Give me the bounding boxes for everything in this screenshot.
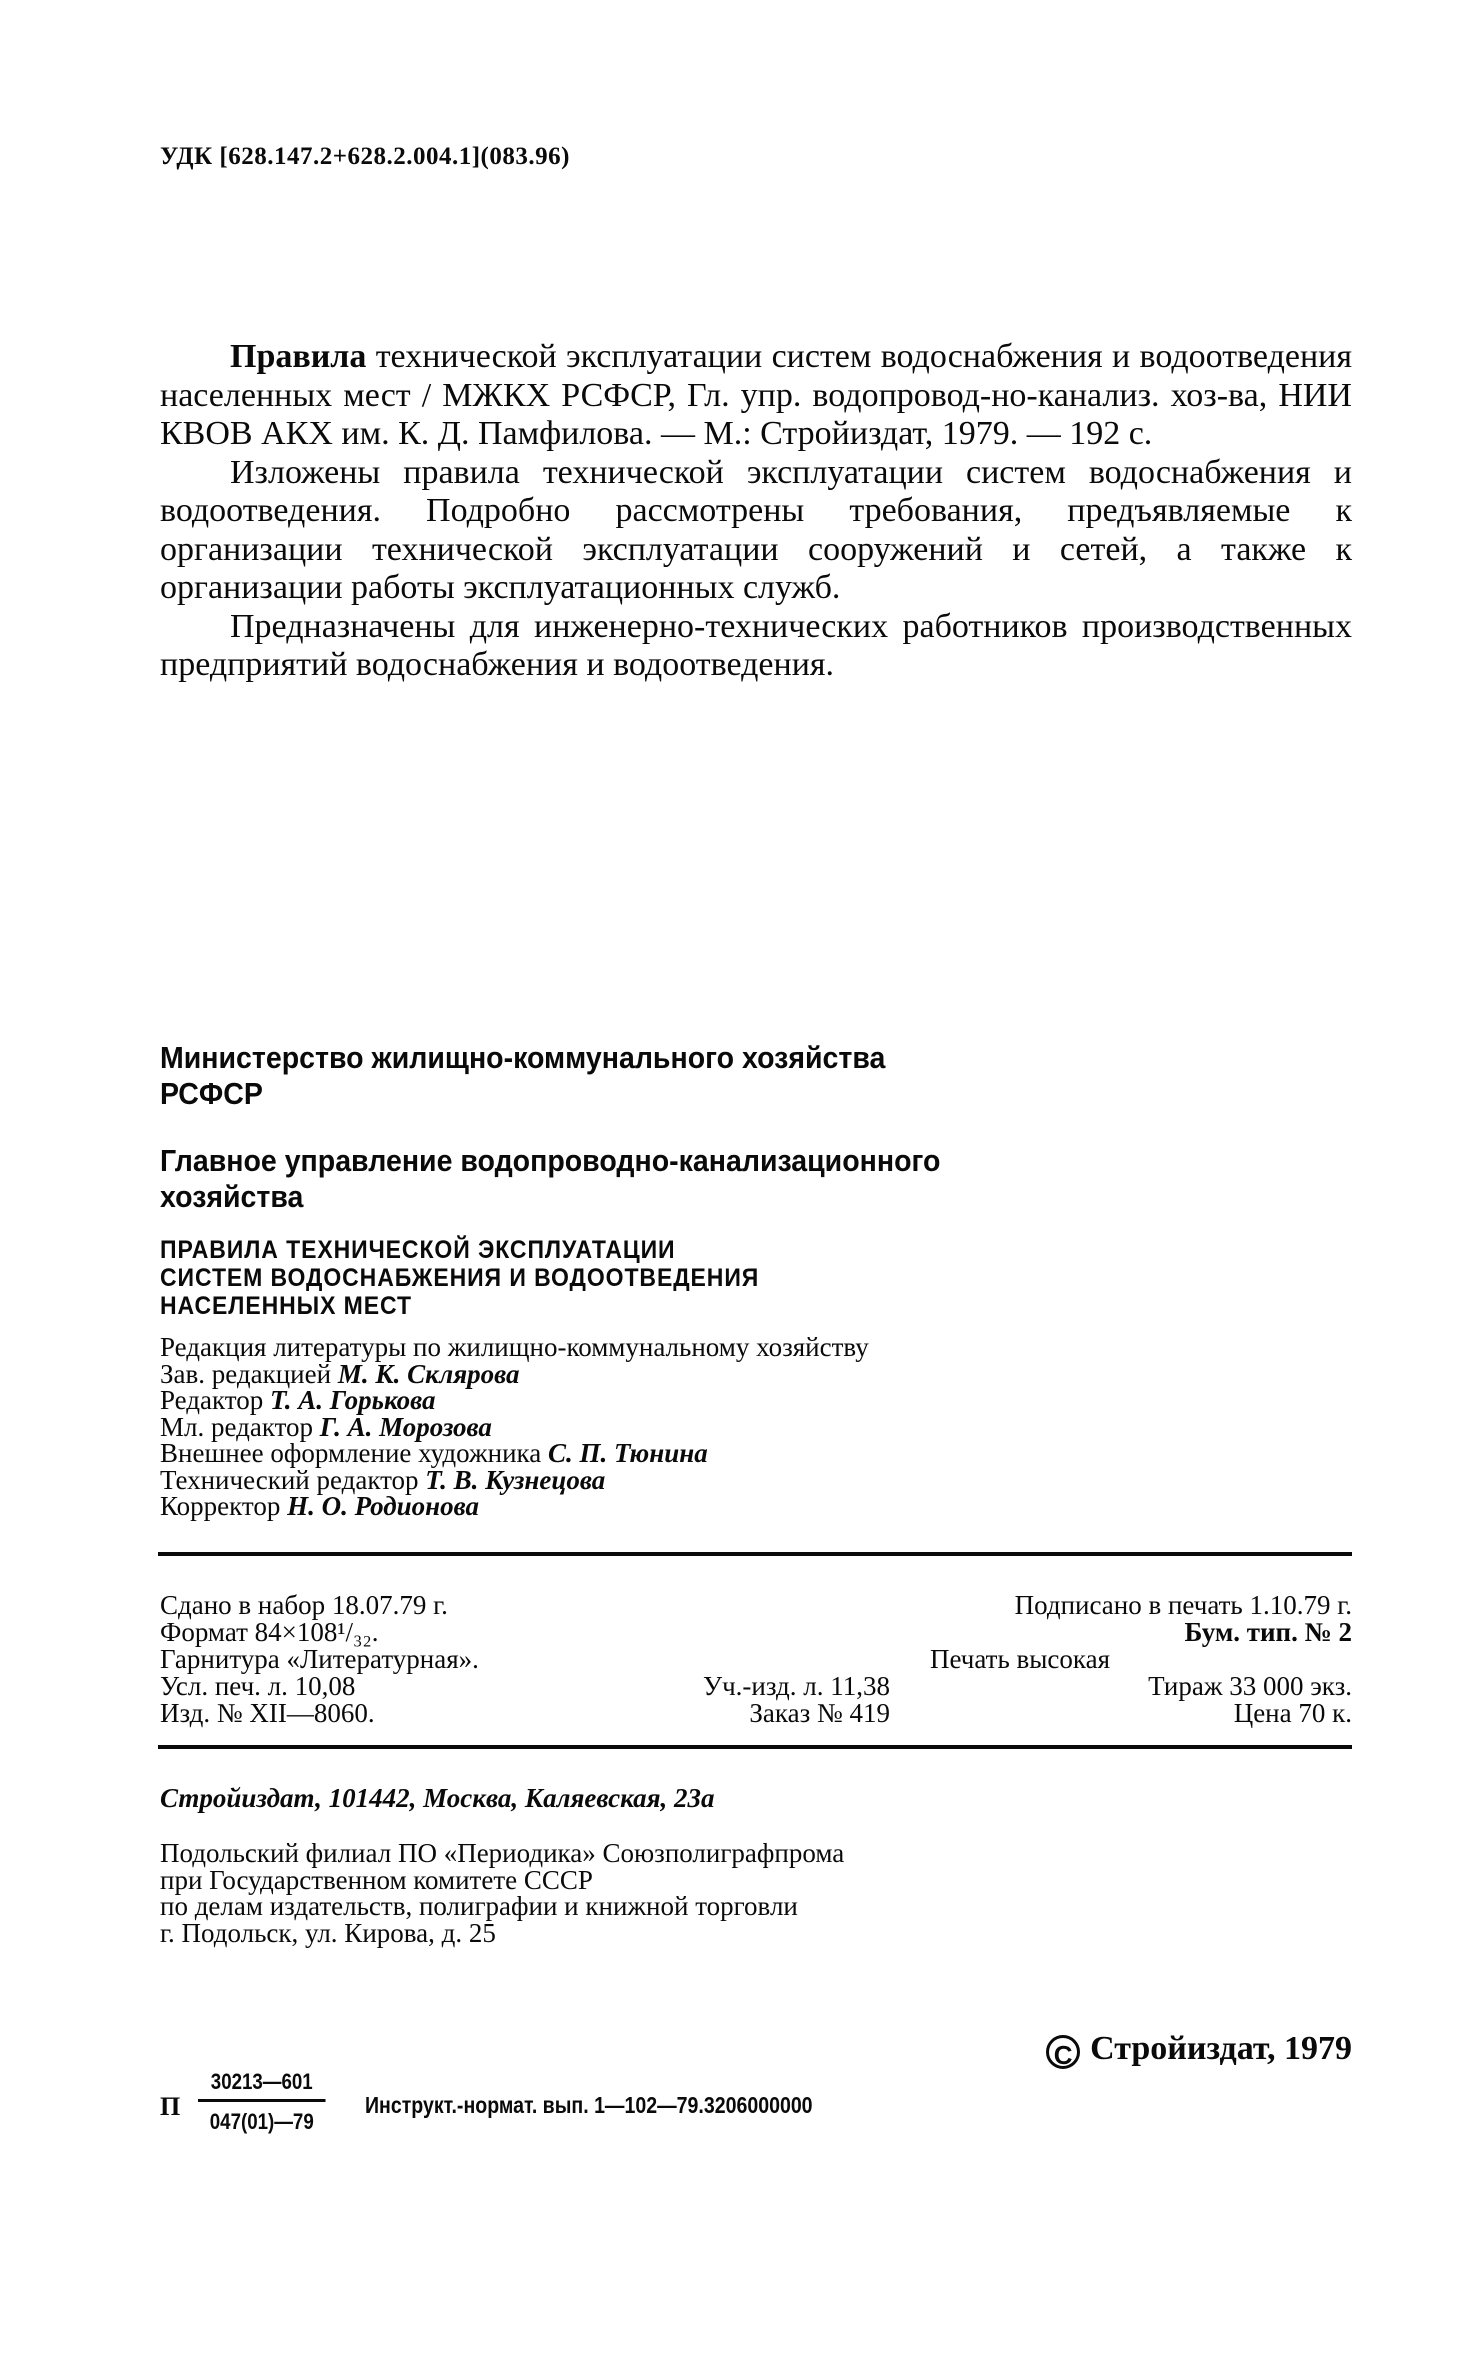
index-series: Инструкт.-нормат. вып. 1—102—79.32060000… (365, 2092, 813, 2119)
imprint-line: Сдано в набор 18.07.79 г. Подписано в пе… (160, 1592, 1352, 1619)
imprint-data: Сдано в набор 18.07.79 г. Подписано в пе… (160, 1592, 1352, 1727)
index-letter: П (160, 2092, 180, 2122)
ministry-line-2: РСФСР (160, 1076, 1080, 1112)
printer-line-3: по делам издательств, полиграфии и книжн… (160, 1893, 1160, 1920)
credit-name: Г. А. Морозова (320, 1412, 492, 1442)
price: Цена 70 к. (1234, 1700, 1352, 1727)
credit-name: Н. О. Родионова (287, 1491, 479, 1521)
department-heading: Главное управление водопроводно-канализа… (160, 1143, 1080, 1215)
credit-role: Технический редактор (160, 1465, 425, 1495)
udc-code: УДК [628.147.2+628.2.004.1](083.96) (160, 143, 570, 171)
credit-name: Т. В. Кузнецова (425, 1465, 605, 1495)
credit-row: Мл. редактор Г. А. Морозова (160, 1414, 1160, 1441)
index-denominator: 047(01)—79 (198, 2108, 326, 2136)
credit-row: Редактор Т. А. Горькова (160, 1387, 1160, 1414)
department-line-1: Главное управление водопроводно-канализа… (160, 1143, 1080, 1179)
copyright-notice: CСтройиздат, 1979 (1046, 2030, 1352, 2069)
credit-name: Т. А. Горькова (270, 1385, 436, 1415)
annotation-block: Правила технической эксплуатации систем … (160, 338, 1352, 685)
imprint-line: Изд. № XII—8060. Заказ № 419 Цена 70 к. (160, 1700, 1352, 1727)
index-fraction: 30213—601 047(01)—79 (198, 2068, 326, 2136)
book-title-line-1: Правила технической эксплуатации (160, 1236, 1080, 1264)
divider-rule-bottom (158, 1745, 1352, 1749)
ministry-heading: Министерство жилищно-коммунального хозяй… (160, 1040, 1080, 1112)
annotation-audience: Предназначены для инженерно-технических … (160, 608, 1352, 685)
printed-sheets: Усл. печ. л. 10,08 (160, 1673, 355, 1700)
credit-role: Редактор (160, 1385, 270, 1415)
divider-rule-top (158, 1552, 1352, 1556)
paper-type: Бум. тип. № 2 (1185, 1619, 1352, 1646)
imprint-line: Усл. печ. л. 10,08 Уч.-изд. л. 11,38 Тир… (160, 1673, 1352, 1700)
printer-line-1: Подольский филиал ПО «Периодика» Союзпол… (160, 1840, 1160, 1867)
edition-office: Редакция литературы по жилищно-коммуналь… (160, 1334, 1160, 1361)
credit-row: Технический редактор Т. В. Кузнецова (160, 1467, 1160, 1494)
annotation-summary: Изложены правила технической эксплуатаци… (160, 454, 1352, 608)
signed-date: Подписано в печать 1.10.79 г. (1015, 1592, 1352, 1619)
book-title-line-3: населенных мест (160, 1292, 1080, 1320)
credit-row: Зав. редакцией М. К. Склярова (160, 1361, 1160, 1388)
credit-role: Корректор (160, 1491, 287, 1521)
imprint-line: Формат 84×108¹/₃₂. Бум. тип. № 2 (160, 1619, 1352, 1646)
order-number: Заказ № 419 (749, 1700, 890, 1727)
copyright-icon: C (1046, 2035, 1080, 2069)
copyright-text: Стройиздат, 1979 (1090, 2030, 1352, 2067)
credit-name: С. П. Тюнина (548, 1438, 708, 1468)
imprint-line: Гарнитура «Литературная». Печать высокая (160, 1646, 1352, 1673)
credit-row: Внешнее оформление художника С. П. Тюнин… (160, 1440, 1160, 1467)
printer-line-2: при Государственном комитете СССР (160, 1867, 1160, 1894)
publisher-sheets: Уч.-изд. л. 11,38 (703, 1673, 890, 1700)
book-title: Правила технической эксплуатации систем … (160, 1236, 1080, 1320)
printing-method: Печать высокая (930, 1646, 1110, 1673)
credit-role: Внешнее оформление художника (160, 1438, 548, 1468)
submitted-date: Сдано в набор 18.07.79 г. (160, 1592, 448, 1619)
credit-row: Корректор Н. О. Родионова (160, 1493, 1160, 1520)
bibliographic-title-start: Правила (230, 338, 366, 375)
publisher-address: Стройиздат, 101442, Москва, Каляевская, … (160, 1783, 715, 1814)
fraction-bar (198, 2099, 326, 2102)
credit-role: Зав. редакцией (160, 1359, 338, 1389)
typeface: Гарнитура «Литературная». (160, 1646, 479, 1673)
bibliographic-record: Правила технической эксплуатации систем … (160, 338, 1352, 454)
book-title-line-2: систем водоснабжения и водоотведения (160, 1264, 1080, 1292)
printer-line-4: г. Подольск, ул. Кирова, д. 25 (160, 1920, 1160, 1947)
circulation: Тираж 33 000 экз. (1148, 1673, 1352, 1700)
edition-number: Изд. № XII—8060. (160, 1700, 375, 1727)
editorial-credits: Редакция литературы по жилищно-коммуналь… (160, 1334, 1160, 1520)
printer-info: Подольский филиал ПО «Периодика» Союзпол… (160, 1840, 1160, 1946)
format: Формат 84×108¹/₃₂. (160, 1619, 379, 1646)
department-line-2: хозяйства (160, 1179, 1080, 1215)
ministry-line-1: Министерство жилищно-коммунального хозяй… (160, 1040, 1080, 1076)
index-numerator: 30213—601 (198, 2068, 326, 2096)
credit-name: М. К. Склярова (338, 1359, 520, 1389)
credit-role: Мл. редактор (160, 1412, 320, 1442)
